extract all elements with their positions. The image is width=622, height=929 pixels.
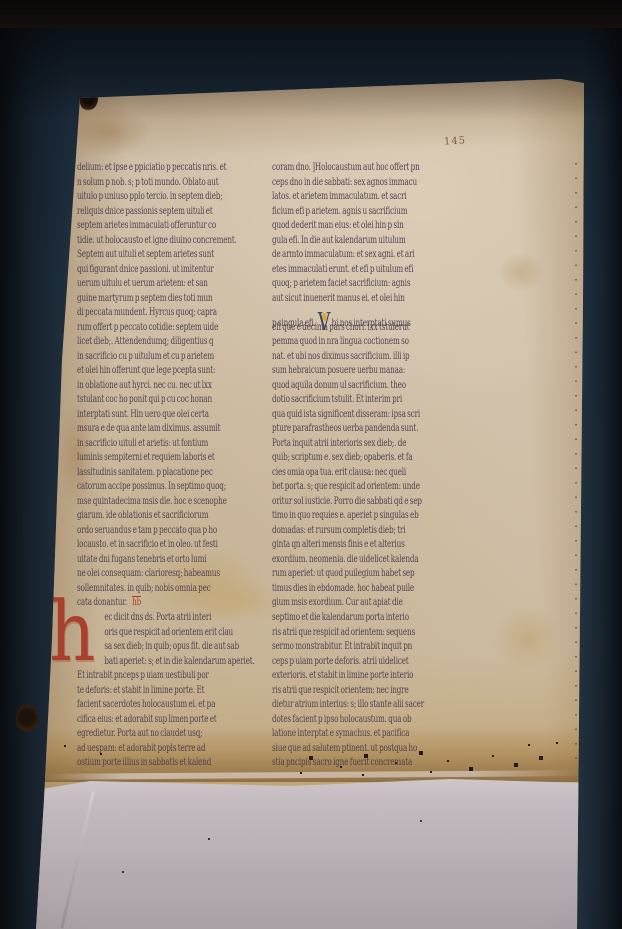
manuscript-text-line: cies omia opa tua. erit clausa: nec quel… [272, 466, 472, 481]
manuscript-text-line: qui figurant dnice passioni. ut imitentu… [77, 263, 277, 278]
manuscript-text-line: dotes facient p ipso holocaustum. qua ob [272, 713, 472, 728]
manuscript-text-line: msura e de qua ante iam diximus. assumit [77, 422, 277, 437]
manuscript-text-line: ad uespam: et adorabit popls terre ad [77, 742, 277, 757]
manuscript-text-line: siue que ad salutem ptinent. ut postqua … [272, 742, 472, 757]
manuscript-text-line: quod dederit man eius: et olei hin p sin [272, 219, 472, 234]
manuscript-text-line: quod aquila donum ul sacrificium. theo [272, 379, 472, 394]
manuscript-text-line: gula efi. In die aut kalendarum uitulum [272, 234, 472, 249]
manuscript-text-line: facient sacerdotes holocaustum ei. et pa [77, 698, 277, 713]
manuscript-text-line: qua quid ista significent disseram: ipsa… [272, 408, 472, 423]
manuscript-text-line: di peccata mundent. Hyrcus quoq; capra [77, 306, 277, 321]
manuscript-text-line: sum hebraicum posuere uerbu manaa: [272, 364, 472, 379]
manuscript-text-line: timus dies in ebdomade. hoc habeat puile [272, 582, 472, 597]
manuscript-text-line: in sacrificio uituli et arietis: ut font… [77, 437, 277, 452]
initial-h: h [49, 592, 95, 674]
manuscript-text-line: dotio sacrificium tstulit. Et interim pr… [272, 393, 472, 408]
manuscript-text-line: coram dno. ]Holocaustum aut hoc offert p… [272, 161, 472, 176]
text-column-right: coram dno. ]Holocaustum aut hoc offert p… [272, 161, 472, 771]
manuscript-text-line: mse quintadecima msis die. hoc e scenoph… [77, 495, 277, 510]
manuscript-text-line: nat. et ubi nos diximus sacrificium. ill… [272, 350, 472, 365]
manuscript-text-line: ne olei consequam: clarioresq; habeamus [77, 567, 277, 582]
manuscript-text-line: te deforis: et stabit in limine porte. E… [77, 684, 277, 699]
manuscript-text-line: Et intrabit pnceps p uiam uestibuli por [77, 669, 277, 684]
text-fragment: ec dicit dns ds. Porta atrii interi [104, 612, 211, 623]
pricking-holes [575, 163, 577, 771]
manuscript-text-line: etes immaculati erunt. et efi p uitulum … [272, 263, 472, 278]
manuscript-leaf: 145 delium: et ipse e ppiciatio p peccat… [0, 0, 622, 929]
folio-number: 145 [444, 135, 467, 147]
text-fragment: bati aperiet: s; et in die kalendarum ap… [104, 656, 254, 667]
manuscript-text-line: latione interptat e symachus. et pacific… [272, 727, 472, 742]
manuscript-text-line: septem arietes immaculati offeruntur co [77, 219, 277, 234]
manuscript-text-line: uerum uitulu et uerum arietem: et san [77, 277, 277, 292]
manuscript-text-line: dietur atrium interius: s; illo stante a… [272, 698, 472, 713]
manuscript-text-line: bet porta. s; que respicit ad orientem: … [272, 480, 472, 495]
manuscript-text-line: delium: et ipse e ppiciatio p peccatis n… [77, 161, 277, 176]
manuscript-text-line: rum offert p peccato cotidie: septem uid… [77, 321, 277, 336]
manuscript-text-line: stia pncipis sacro igne fuerit concremat… [272, 756, 472, 771]
manuscript-text-line: cifica eius: et adorabit sup limen porte… [77, 713, 277, 728]
manuscript-text-line: catorum accipe possimus. In septimo quoq… [77, 480, 277, 495]
manuscript-text-line: ceps dno in die sabbati: sex agnos immac… [272, 176, 472, 191]
manuscript-text-line: ordo seruandus e tam p peccato qua p ho [77, 524, 277, 539]
manuscript-text-line: p singula efi. Vbi nos interptati sumus [272, 306, 472, 321]
manuscript-text-line: et olei hin offerunt que lege pcepta sun… [77, 364, 277, 379]
text-fragment: sa sex dieb; in quib; opus fit. die aut … [104, 641, 239, 652]
manuscript-text-line: oris que respicit ad orientem erit clau [77, 626, 305, 641]
manuscript-text-line: oritur sol iusticie. Porro die sabbati q… [272, 495, 472, 510]
manuscript-text-line: ostium porte illius in sabbatis et kalen… [77, 756, 277, 771]
manuscript-text-line: pemma quod in nra lingua coctionem so [272, 335, 472, 350]
manuscript-text-line: tstulant coc ho ponit qui p cu coc honan [77, 393, 277, 408]
manuscript-photo: 145 delium: et ipse e ppiciatio p peccat… [0, 0, 622, 929]
manuscript-text-line: Porta inquit atrii interioris sex dieb;.… [272, 437, 472, 452]
manuscript-text-line: uitate dni fugans tenebris et orto lumi [77, 553, 277, 568]
manuscript-text-line: latos. et arietem immaculatum. et sacri [272, 190, 472, 205]
manuscript-text-line: ris atrii que respicit ad orientem: sequ… [272, 626, 472, 641]
manuscript-text-line: exordium. neomenia. die uidelicet kalend… [272, 553, 472, 568]
manuscript-text-line: in sacrificio cu p uitulum et cu p ariet… [77, 350, 277, 365]
manuscript-text-line: ris atrii que respicit orientem: nec ing… [272, 684, 472, 699]
manuscript-text-line: domadas: et rursum completis dieb; tri [272, 524, 472, 539]
manuscript-text-line: giarum. ide oblationis et sacrificiorum [77, 509, 277, 524]
manuscript-text-line: cata donantur. hb [77, 596, 277, 611]
manuscript-text-line: timo in quo requies e. aperiet p singula… [272, 509, 472, 524]
manuscript-text-line: egredietur. Porta aut no claudet usq; [77, 727, 277, 742]
manuscript-text-line: ginta qn alteri mensis finis e et alteri… [272, 538, 472, 553]
manuscript-text-line: guine martyrum p septem dies toti mun [77, 292, 277, 307]
mount-shadow-right [582, 28, 622, 929]
manuscript-text-line: quoq; p arietem faciet sacrificium: agni… [272, 277, 472, 292]
text-column-left: delium: et ipse e ppiciatio p peccatis n… [77, 161, 277, 771]
manuscript-text-line: in oblatione aut hyrci. nec cu. nec ut l… [77, 379, 277, 394]
manuscript-text-line: lassitudinis sanitatem. p placatione pec [77, 466, 277, 481]
manuscript-text-line: locausto. et in sacrificio et in oleo. u… [77, 538, 277, 553]
manuscript-text-line: quib; scriptum e. sex dieb; opaberis. et… [272, 451, 472, 466]
manuscript-text-line: ec dicit dns ds. Porta atrii interi [77, 611, 305, 626]
manuscript-text-line: bati aperiet: s; et in die kalendarum ap… [77, 655, 305, 670]
manuscript-text-line: de armto immaculatum: et sex agni. et ar… [272, 248, 472, 263]
manuscript-text-line: aut sicut inuenerit manus ei. et olei hi… [272, 292, 472, 307]
manuscript-text-line: n solum p nob. s; p toti mundo. Oblato a… [77, 176, 277, 191]
stain [70, 108, 150, 156]
manuscript-text-line: sollemnitates. in quib; nobis omnia pec [77, 582, 277, 597]
manuscript-text-line: interptati sunt. Hin uero que olei certa [77, 408, 277, 423]
photo-dark-band [0, 0, 622, 30]
manuscript-text-line: septimo et die kalendarum porta interio [272, 611, 472, 626]
manuscript-text-line: tidie. ut holocausto et igne diuino conc… [77, 234, 277, 249]
stain [492, 606, 564, 672]
manuscript-text-line: luminis sempiterni et requiem laboris et [77, 451, 277, 466]
manuscript-text-line: uitulo p uniuso pplo tercio. in septem d… [77, 190, 277, 205]
manuscript-text-line: reliquis dnice passionis septem uituli e… [77, 205, 277, 220]
manuscript-text-line: Septem aut uituli et septem arietes sunt [77, 248, 277, 263]
manuscript-text-line: licet dieb;. Attendendumq; diligentius q [77, 335, 277, 350]
manuscript-text-line: ficium efi p arietem. agnis u sacrificiu… [272, 205, 472, 220]
manuscript-text-line: pture parafrastheos uerba pandenda sunt. [272, 422, 472, 437]
manuscript-text-line: exterioris. et stabit in limine porte in… [272, 669, 472, 684]
manuscript-text-line: sa sex dieb; in quib; opus fit. die aut … [77, 640, 305, 655]
lower-parchment-sheet [30, 776, 590, 929]
stain [498, 252, 544, 292]
manuscript-text-line: ceps p uiam porte deforis. atrii uidelic… [272, 655, 472, 670]
parchment-hole [16, 704, 38, 734]
manuscript-text-line: efi que e decima pars chori. lxx tstuler… [272, 321, 472, 336]
manuscript-text-line: rum aperiet: ut quod puilegium habet sep [272, 567, 472, 582]
text-fragment: oris que respicit ad orientem erit clau [104, 627, 233, 638]
rubric-mark: hb [132, 597, 141, 608]
manuscript-text-line: gium msis exordium. Cur aut apiat die [272, 596, 472, 611]
manuscript-text-line: sermo monstrabitur. Et intrabit inquit p… [272, 640, 472, 655]
